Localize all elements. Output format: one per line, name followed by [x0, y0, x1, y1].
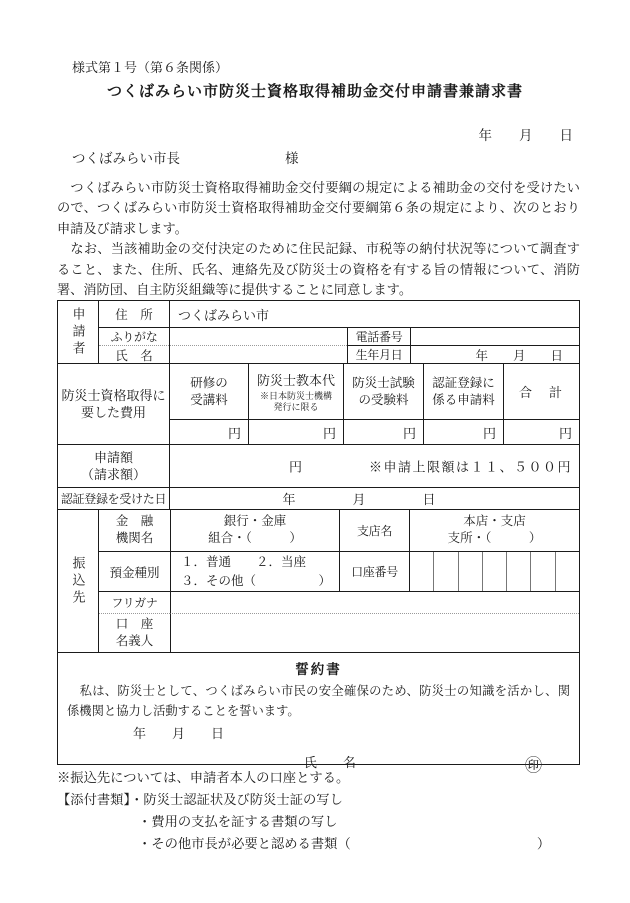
cost-col-textbook: 防災士教本代 ※日本防災士機構 発行に限る 円 [248, 364, 343, 444]
registration-fee-label: 認証登録に 係る申請料 [424, 364, 503, 419]
textbook-fee-unit: 円 [249, 419, 343, 444]
cert-date-value: 年 月 日 [169, 488, 579, 509]
account-digit-box [555, 552, 579, 592]
bank-kana-row: フリガナ [99, 591, 579, 613]
cost-col-total: 合 計 円 [503, 364, 579, 444]
costs-section-label: 防災士資格取得に 要した費用 [58, 364, 169, 444]
applicant-label-column: 住 所 ふりがな 氏 名 [98, 301, 169, 363]
training-fee-unit: 円 [170, 419, 248, 444]
bank-institution-row: 金 融 機関名 銀行・金庫 組合・（ ） 支店名 本店・支店 支所・（ ） [99, 510, 579, 551]
attachment-item-1: ・防災士認証状及び防災士証の写し [130, 792, 343, 807]
phone-value [410, 327, 579, 345]
attachment-item-3: ・その他市長が必要と認める書類（ ） [138, 833, 550, 852]
total-label: 合 計 [504, 364, 579, 419]
cost-col-training: 研修の 受講料 円 [169, 364, 248, 444]
textbook-fee-header: 防災士教本代 ※日本防災士機構 発行に限る [249, 364, 343, 419]
name-label: 氏 名 [99, 345, 169, 363]
amount-section: 申請額 （請求額） 円 ※申請上限額は１１、５００円 [58, 444, 579, 487]
pledge-date-line: 年 月 日 [133, 723, 570, 742]
account-digit-box [482, 552, 506, 592]
page-title: つくばみらい市防災士資格取得補助金交付申請書兼請求書 [0, 80, 630, 101]
bank-section: 振込先 金 融 機関名 銀行・金庫 組合・（ ） 支店名 本店・支店 支所・（ … [58, 509, 579, 652]
pledge-title: 誓約書 [67, 658, 570, 678]
addressee-name: つくばみらい市長 [72, 151, 180, 166]
bank-holder-row: 口 座 名義人 [99, 613, 579, 652]
address-label: 住 所 [99, 301, 169, 327]
attachments-line: 【添付書類】・防災士認証状及び防災士証の写し [57, 789, 343, 808]
applicant-value-column: つくばみらい市 電話番号 生年月日 年 月 日 [169, 301, 579, 363]
costs-section: 防災士資格取得に 要した費用 研修の 受講料 円 防災士教本代 ※日本防災士機構… [58, 363, 579, 444]
applicant-section: 申請者 住 所 ふりがな 氏 名 つくばみらい市 電話番号 生年月日 年 月 日 [58, 301, 579, 363]
kana-value [170, 591, 579, 613]
cert-date-label: 認証登録を受けた日 [58, 488, 169, 509]
amount-value-cell: 円 ※申請上限額は１１、５００円 [169, 445, 579, 487]
addressee-row: つくばみらい市長様 [72, 147, 299, 167]
applicant-section-label: 申請者 [58, 301, 98, 363]
branch-label: 支店名 [339, 510, 409, 551]
bank-section-label: 振込先 [58, 510, 98, 652]
total-unit: 円 [504, 419, 579, 444]
institution-label: 金 融 機関名 [99, 510, 170, 551]
institution-value: 銀行・金庫 組合・（ ） [170, 510, 339, 551]
addressee-honorific: 様 [285, 151, 299, 166]
textbook-fee-label: 防災士教本代 [257, 370, 335, 389]
cert-date-section: 認証登録を受けた日 年 月 日 [58, 487, 579, 509]
form-page: 様式第１号（第６条関係） つくばみらい市防災士資格取得補助金交付申請書兼請求書 … [0, 0, 630, 903]
furigana-value [170, 327, 347, 345]
amount-label: 申請額 （請求額） [58, 445, 169, 487]
name-row: 生年月日 年 月 日 [170, 345, 579, 363]
furigana-label: ふりがな [99, 327, 169, 345]
transfer-note: ※振込先については、申請者本人の口座とする。 [57, 767, 349, 786]
account-digit-box [410, 552, 433, 592]
deposit-type-label: 預金種別 [99, 551, 170, 592]
application-table: 申請者 住 所 ふりがな 氏 名 つくばみらい市 電話番号 生年月日 年 月 日 [57, 300, 580, 765]
cost-col-registration: 認証登録に 係る申請料 円 [423, 364, 503, 444]
bank-body: 金 融 機関名 銀行・金庫 組合・（ ） 支店名 本店・支店 支所・（ ） 預金… [98, 510, 579, 652]
seal-mark: ㊞ [525, 751, 542, 776]
deposit-type-options: １．普通 ２．当座 ３．その他（ ） [170, 551, 339, 592]
amount-unit: 円 [289, 457, 302, 476]
holder-label: 口 座 名義人 [99, 613, 170, 652]
phone-label: 電話番号 [347, 327, 410, 345]
birthdate-value: 年 月 日 [410, 345, 579, 363]
textbook-fee-note: ※日本防災士機構 発行に限る [260, 391, 332, 413]
amount-limit-note: ※申請上限額は１１、５００円 [369, 457, 572, 476]
exam-fee-unit: 円 [344, 419, 423, 444]
training-fee-label: 研修の 受講料 [170, 364, 248, 419]
account-digit-box [506, 552, 530, 592]
pledge-body: 私は、防災士として、つくばみらい市民の安全確保のため、防災士の知識を活かし、関係… [67, 681, 570, 721]
body-text: つくばみらい市防災士資格取得補助金交付要綱の規定による補助金の交付を受けたいので… [57, 178, 580, 300]
form-number: 様式第１号（第６条関係） [72, 57, 228, 76]
branch-value: 本店・支店 支所・（ ） [409, 510, 579, 551]
account-digit-box [433, 552, 457, 592]
exam-fee-label: 防災士試験 の受験料 [344, 364, 423, 419]
account-digit-box [458, 552, 482, 592]
account-number-label: 口座番号 [339, 551, 409, 592]
furigana-row: 電話番号 [170, 327, 579, 345]
date-line: 年 月 日 [380, 124, 579, 144]
birthdate-label: 生年月日 [347, 345, 410, 363]
pledge-section: 誓約書 私は、防災士として、つくばみらい市民の安全確保のため、防災士の知識を活か… [58, 652, 579, 764]
body-paragraph-1: つくばみらい市防災士資格取得補助金交付要綱の規定による補助金の交付を受けたいので… [57, 178, 580, 239]
attachment-item-2: ・費用の支払を証する書類の写し [138, 811, 337, 830]
holder-value [170, 613, 579, 652]
cost-col-exam: 防災士試験 の受験料 円 [343, 364, 423, 444]
attachments-label: 【添付書類】 [57, 792, 130, 807]
account-number-grid [409, 551, 579, 592]
kana-label: フリガナ [99, 591, 170, 613]
account-digit-box [530, 552, 554, 592]
name-value [170, 345, 347, 363]
bank-account-row: 預金種別 １．普通 ２．当座 ３．その他（ ） 口座番号 [99, 551, 579, 592]
body-paragraph-2: なお、当該補助金の交付決定のために住民記録、市税等の納付状況等について調査するこ… [57, 239, 580, 300]
address-value: つくばみらい市 [170, 301, 579, 327]
registration-fee-unit: 円 [424, 419, 503, 444]
